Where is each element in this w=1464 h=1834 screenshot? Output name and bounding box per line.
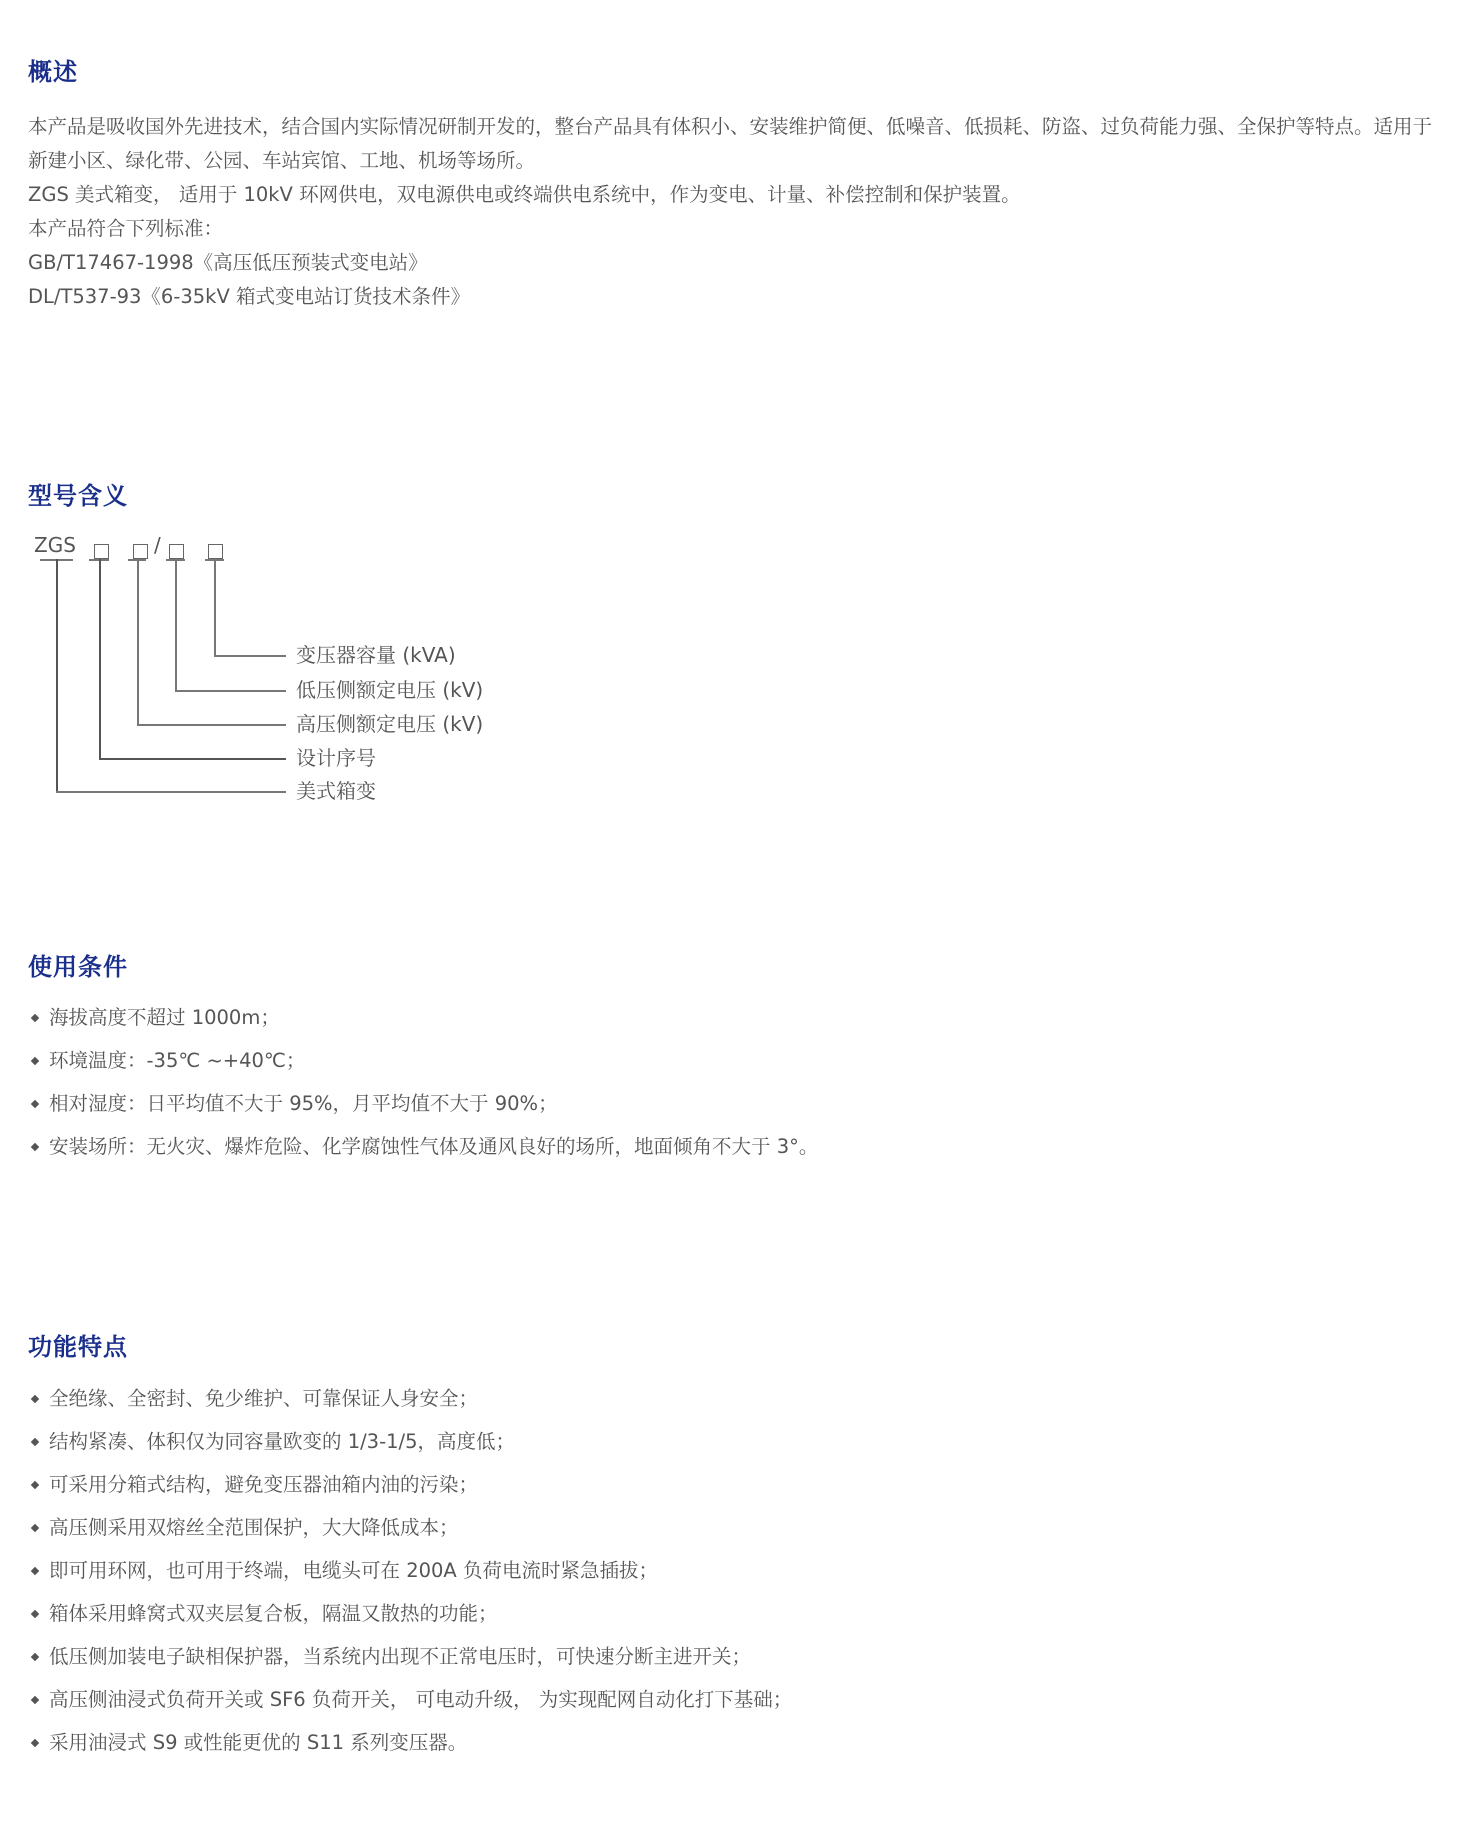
legend-design-number: 设计序号: [296, 745, 376, 771]
leader-line: [175, 690, 286, 692]
list-item: 即可用环网，也可用于终端，电缆头可在 200A 负荷电流时紧急插拔；: [28, 1549, 792, 1592]
legend-lv-voltage: 低压侧额定电压 (kV): [296, 677, 483, 703]
code-slash: /: [154, 532, 161, 558]
overview-paragraph: ZGS 美式箱变， 适用于 10kV 环网供电，双电源供电或终端供电系统中，作为…: [28, 178, 1438, 212]
legend-hv-voltage: 高压侧额定电压 (kV): [296, 711, 483, 737]
leader-line: [214, 655, 286, 657]
diamond-bullet-icon: [31, 1738, 39, 1746]
empty-box-icon: [169, 544, 184, 559]
diamond-bullet-icon: [31, 1142, 39, 1150]
model-meaning-title: 型号含义: [28, 480, 128, 512]
leader-line: [137, 724, 286, 726]
list-item: 采用油浸式 S9 或性能更优的 S11 系列变压器。: [28, 1721, 792, 1764]
list-item: 结构紧凑、体积仅为同容量欧变的 1/3-1/5，高度低；: [28, 1420, 792, 1463]
overview-body: 本产品是吸收国外先进技术，结合国内实际情况研制开发的，整台产品具有体积小、安装维…: [28, 110, 1438, 314]
list-item: 环境温度：-35℃ ~+40℃；: [28, 1039, 818, 1082]
diamond-bullet-icon: [31, 1437, 39, 1445]
model-code-diagram: ZGS / 变压器容量 (kVA) 低压侧额定电压 (kV) 高压侧额定电压 (…: [0, 530, 600, 790]
conditions-title: 使用条件: [28, 951, 128, 983]
overview-paragraph: 本产品符合下列标准：: [28, 212, 1438, 246]
diamond-bullet-icon: [31, 1695, 39, 1703]
leader-line: [99, 758, 286, 760]
list-item: 全绝缘、全密封、免少维护、可靠保证人身安全；: [28, 1377, 792, 1420]
empty-box-icon: [208, 544, 223, 559]
leader-line: [137, 559, 139, 725]
overview-title: 概述: [28, 56, 78, 88]
diamond-bullet-icon: [31, 1609, 39, 1617]
list-item: 高压侧油浸式负荷开关或 SF6 负荷开关， 可电动升级， 为实现配网自动化打下基…: [28, 1678, 792, 1721]
diamond-bullet-icon: [31, 1480, 39, 1488]
leader-line: [99, 559, 101, 759]
diamond-bullet-icon: [31, 1013, 39, 1021]
standard-item: DL/T537-93《6-35kV 箱式变电站订货技术条件》: [28, 280, 1438, 314]
list-item: 可采用分箱式结构，避免变压器油箱内油的污染；: [28, 1463, 792, 1506]
legend-capacity: 变压器容量 (kVA): [296, 642, 456, 668]
overview-paragraph: 本产品是吸收国外先进技术，结合国内实际情况研制开发的，整台产品具有体积小、安装维…: [28, 110, 1438, 178]
diamond-bullet-icon: [31, 1523, 39, 1531]
leader-line: [56, 559, 58, 792]
list-item: 海拔高度不超过 1000m；: [28, 996, 818, 1039]
legend-american-box: 美式箱变: [296, 778, 376, 804]
standard-item: GB/T17467-1998《高压低压预装式变电站》: [28, 246, 1438, 280]
leader-line: [175, 559, 177, 691]
list-item: 安装场所：无火灾、爆炸危险、化学腐蚀性气体及通风良好的场所，地面倾角不大于 3°…: [28, 1125, 818, 1168]
diamond-bullet-icon: [31, 1566, 39, 1574]
diamond-bullet-icon: [31, 1394, 39, 1402]
empty-box-icon: [94, 544, 109, 559]
list-item: 高压侧采用双熔丝全范围保护，大大降低成本；: [28, 1506, 792, 1549]
leader-line: [214, 559, 216, 656]
diamond-bullet-icon: [31, 1652, 39, 1660]
list-item: 相对湿度：日平均值不大于 95%，月平均值不大于 90%；: [28, 1082, 818, 1125]
code-prefix: ZGS: [34, 532, 76, 558]
list-item: 低压侧加装电子缺相保护器，当系统内出现不正常电压时，可快速分断主进开关；: [28, 1635, 792, 1678]
empty-box-icon: [133, 544, 148, 559]
features-title: 功能特点: [28, 1331, 128, 1363]
leader-line: [56, 791, 286, 793]
diamond-bullet-icon: [31, 1056, 39, 1064]
features-list: 全绝缘、全密封、免少维护、可靠保证人身安全； 结构紧凑、体积仅为同容量欧变的 1…: [28, 1377, 792, 1764]
conditions-list: 海拔高度不超过 1000m； 环境温度：-35℃ ~+40℃； 相对湿度：日平均…: [28, 996, 818, 1168]
list-item: 箱体采用蜂窝式双夹层复合板，隔温又散热的功能；: [28, 1592, 792, 1635]
diamond-bullet-icon: [31, 1099, 39, 1107]
